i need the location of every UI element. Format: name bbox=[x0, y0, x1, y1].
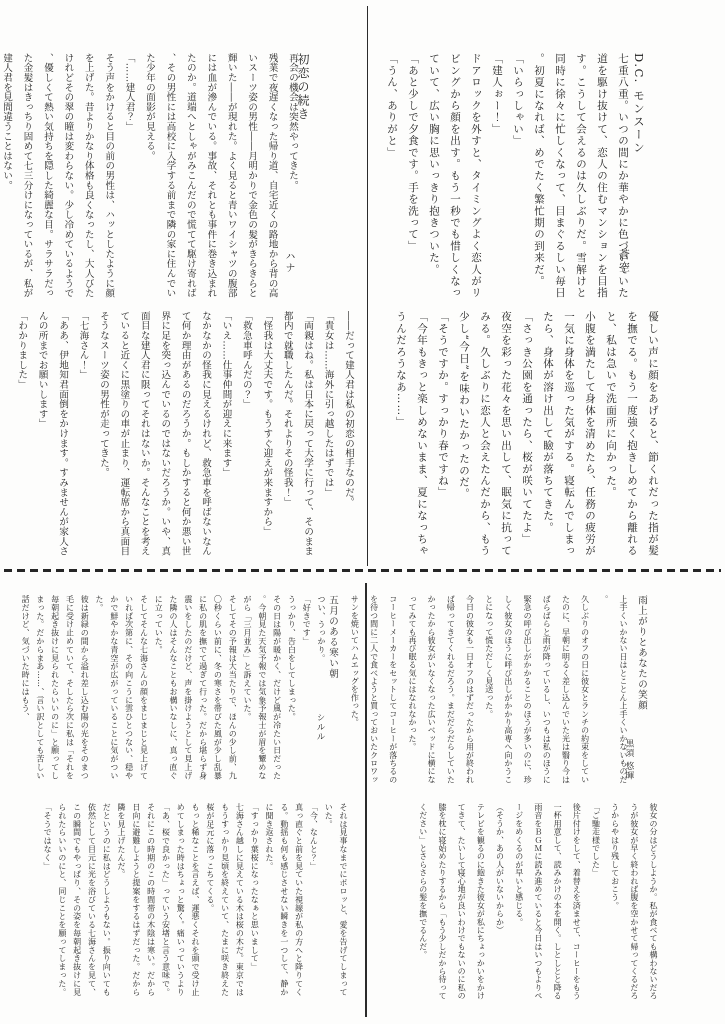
story-text-upper-tier: つい、うっかり。 「好きです」 うっかり、告白をしてしまった。 その日は陽が暖か… bbox=[12, 595, 328, 785]
story-section-dc-monsoon: D.C. モンスーン 蒼空 七重八重。いつの間にか華やかに色づいていた道を駆け抜… bbox=[372, 45, 717, 565]
top-center-divider-rule bbox=[367, 6, 368, 566]
story-section-hatsukoi-no-tsuzuki: 初恋の続き ハナ 再会の機会は突然やってきた。 残業で夜遅くなった帰り道、自宅近… bbox=[8, 45, 364, 565]
story-title: 五月のある寒い朝 bbox=[327, 595, 338, 679]
story-text-lower-tier: それは見事なまでにポロッと、愛を告げてしまっていた。 「今、なんと？」 真っ直ぐ… bbox=[12, 803, 350, 1001]
story-text-lower-tier: 彼女の分はどうしようか。私が食べても構わないだろうが彼女が早く終われば腹を空かせ… bbox=[380, 803, 663, 1003]
story-title: D.C. モンスーン bbox=[632, 53, 646, 155]
story-section-ameagari: 雨上がりとあなたの笑顔 黒須 悠暉 上手くいかない日はとことん上手くいかないもの… bbox=[372, 583, 717, 1020]
story-text-lower-tier: ――だって建人君は私の初恋の相手なのだ。 「貴女は……海外に引っ越したはずでは」… bbox=[12, 311, 358, 563]
story-text-upper-tier: 上手くいかない日はとことん上手くいかないものだ。 久しぶりのオフの日に彼女とラン… bbox=[380, 595, 633, 787]
story-text-upper-tier: 七重八重。いつの間にか華やかに色づいていた道を駆け抜けて、恋人の住むマンションを… bbox=[378, 53, 633, 300]
story-section-gogatsu-no-samui-asa: 五月のある寒い朝 シルル つい、うっかり。 「好きです」 うっかり、告白をしてし… bbox=[8, 583, 360, 1020]
story-title: 雨上がりとあなたの笑顔 bbox=[636, 595, 647, 711]
booklet-imposition-sheet: D.C. モンスーン 蒼空 七重八重。いつの間にか華やかに色づいていた道を駆け抜… bbox=[0, 0, 725, 1024]
story-text-upper-tier: 再会の機会は突然やってきた。 残業で夜遅くなった帰り道、自宅近くの路地から背の高… bbox=[12, 53, 302, 303]
story-text-lower-tier: 優しい声に顔をあげると、節くれだった指が髪を撫でる。もう一度強く抱きしめてから離… bbox=[378, 311, 663, 563]
horizontal-fold-dashed-line bbox=[4, 569, 721, 572]
